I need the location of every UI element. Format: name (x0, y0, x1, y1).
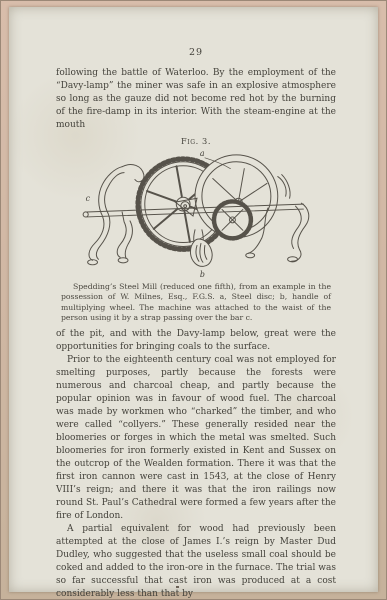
figure-label-c: c (86, 194, 91, 203)
book-page: 29 following the battle of Waterloo. By … (9, 7, 378, 592)
figure-steel-mill: a c b (56, 147, 336, 279)
paragraph-dud-dudley: A partial equivalent for wood had previo… (56, 523, 336, 600)
page-number: 29 (56, 47, 336, 58)
paragraph-pit-davy-lamp: of the pit, and with the Davy-lamp below… (56, 328, 336, 354)
steel-mill-illustration: a c b (71, 147, 321, 279)
paragraph-smelting-bloomeries: Prior to the eighteenth century coal was… (56, 354, 336, 523)
paragraph-waterloo-davy-lamp: following the battle of Waterloo. By the… (56, 67, 336, 132)
page-content: 29 following the battle of Waterloo. By … (9, 7, 378, 592)
figure-heading: Fig. 3. (56, 136, 336, 146)
scan-artifact-speck (176, 586, 179, 588)
figure-label-b: b (200, 270, 205, 279)
scanned-page-mount: 29 following the battle of Waterloo. By … (0, 0, 387, 600)
figure-label-a: a (200, 149, 205, 158)
handle (190, 230, 212, 267)
figure-caption: Spedding’s Steel Mill (reduced one fifth… (56, 282, 336, 323)
